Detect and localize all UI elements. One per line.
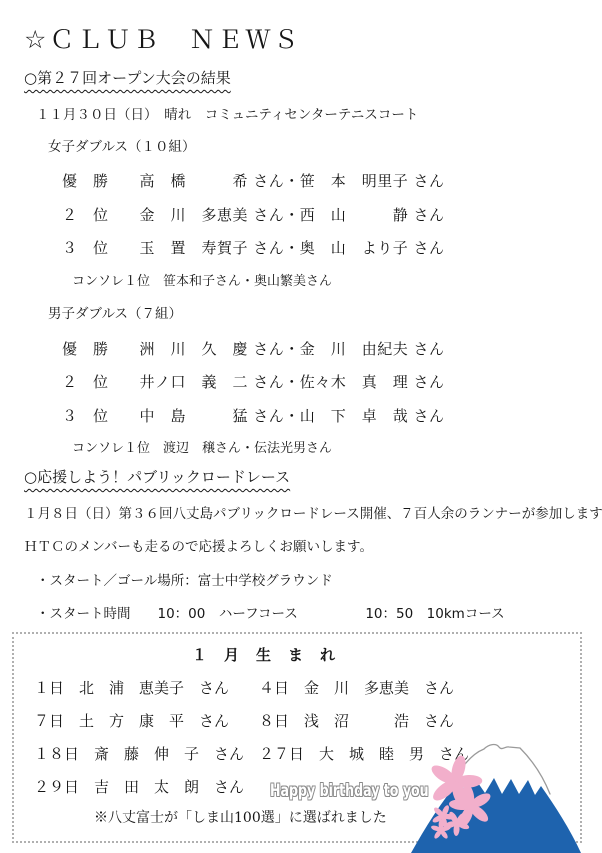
- birthday-row-1: １日 北 浦 恵美子 さん４日 金 川 多恵美 さん: [34, 679, 454, 697]
- birthday-row-1-left: １日 北 浦 恵美子 さん: [34, 679, 259, 697]
- roadrace-start-place: ・スタート／ゴール場所：富士中学校グラウンド: [36, 573, 333, 589]
- men-consolation-row: コンソレ１位 渡辺 穣さん・伝法光男さん: [72, 441, 332, 457]
- men-result-row-1: 優 勝 洲 川 久 慶 さん・金 川 由紀夫 さん: [62, 340, 445, 358]
- roadrace-section-heading: ○応援しよう！パブリックロードレース: [24, 468, 290, 486]
- shima-yama-note: ※八丈富士が「しま山100選」に選ばれました: [94, 810, 387, 827]
- fuji-mountain-body: [411, 778, 581, 853]
- mt-fuji-illustration: [403, 740, 589, 853]
- women-consolation-row: コンソレ１位 笹本和子さん・奥山繁美さん: [72, 274, 332, 290]
- birthday-row-4-left: ２９日 吉 田 太 朗 さん: [34, 778, 259, 796]
- birthday-row-3-left: １８日 斎 藤 伸 子 さん: [34, 745, 259, 763]
- page-title: ☆ＣＬＵＢ ＮＥＷＳ: [24, 25, 301, 55]
- women-result-row-2: ２ 位 金 川 多恵美 さん・西 山 静 さん: [62, 206, 445, 224]
- women-doubles-label: 女子ダブルス（１０組）: [48, 139, 196, 155]
- results-date-line: １１月３０日（日） 晴れ コミュニティセンターテニスコート: [36, 107, 418, 123]
- birthday-row-4: ２９日 吉 田 太 朗 さん: [34, 778, 259, 796]
- women-result-row-1: 優 勝 高 橋 希 さん・笹 本 明里子 さん: [62, 172, 445, 190]
- birthday-row-2-right: ８日 浅 沼 浩 さん: [259, 712, 454, 730]
- men-result-row-3: ３ 位 中 島 猛 さん・山 下 卓 哉 さん: [62, 407, 445, 425]
- birthday-row-2-left: ７日 土 方 康 平 さん: [34, 712, 259, 730]
- birthday-title: １ 月 生 ま れ: [192, 646, 336, 664]
- roadrace-start-time: ・スタート時間 10：00 ハーフコース 10：50 10kmコース: [36, 606, 505, 622]
- men-result-row-2: ２ 位 井ノ口 義 二 さん・佐々木 真 理 さん: [62, 373, 445, 391]
- birthday-row-1-right: ４日 金 川 多恵美 さん: [259, 679, 454, 697]
- men-doubles-label: 男子ダブルス（７組）: [48, 306, 182, 322]
- club-news-page: ☆ＣＬＵＢ ＮＥＷＳ ○第２７回オープン大会の結果 １１月３０日（日） 晴れ コ…: [0, 0, 602, 853]
- results-section-heading: ○第２７回オープン大会の結果: [24, 69, 231, 87]
- roadrace-line-1: １月８日（日）第３６回八丈島パブリックロードレース開催、７百人余のランナーが参加…: [24, 506, 602, 522]
- birthday-row-2: ７日 土 方 康 平 さん８日 浅 沼 浩 さん: [34, 712, 454, 730]
- roadrace-line-2: ＨＴＣのメンバーも走るので応援よろしくお願いします。: [24, 539, 373, 555]
- women-result-row-3: ３ 位 玉 置 寿賀子 さん・奥 山 より子 さん: [62, 239, 445, 257]
